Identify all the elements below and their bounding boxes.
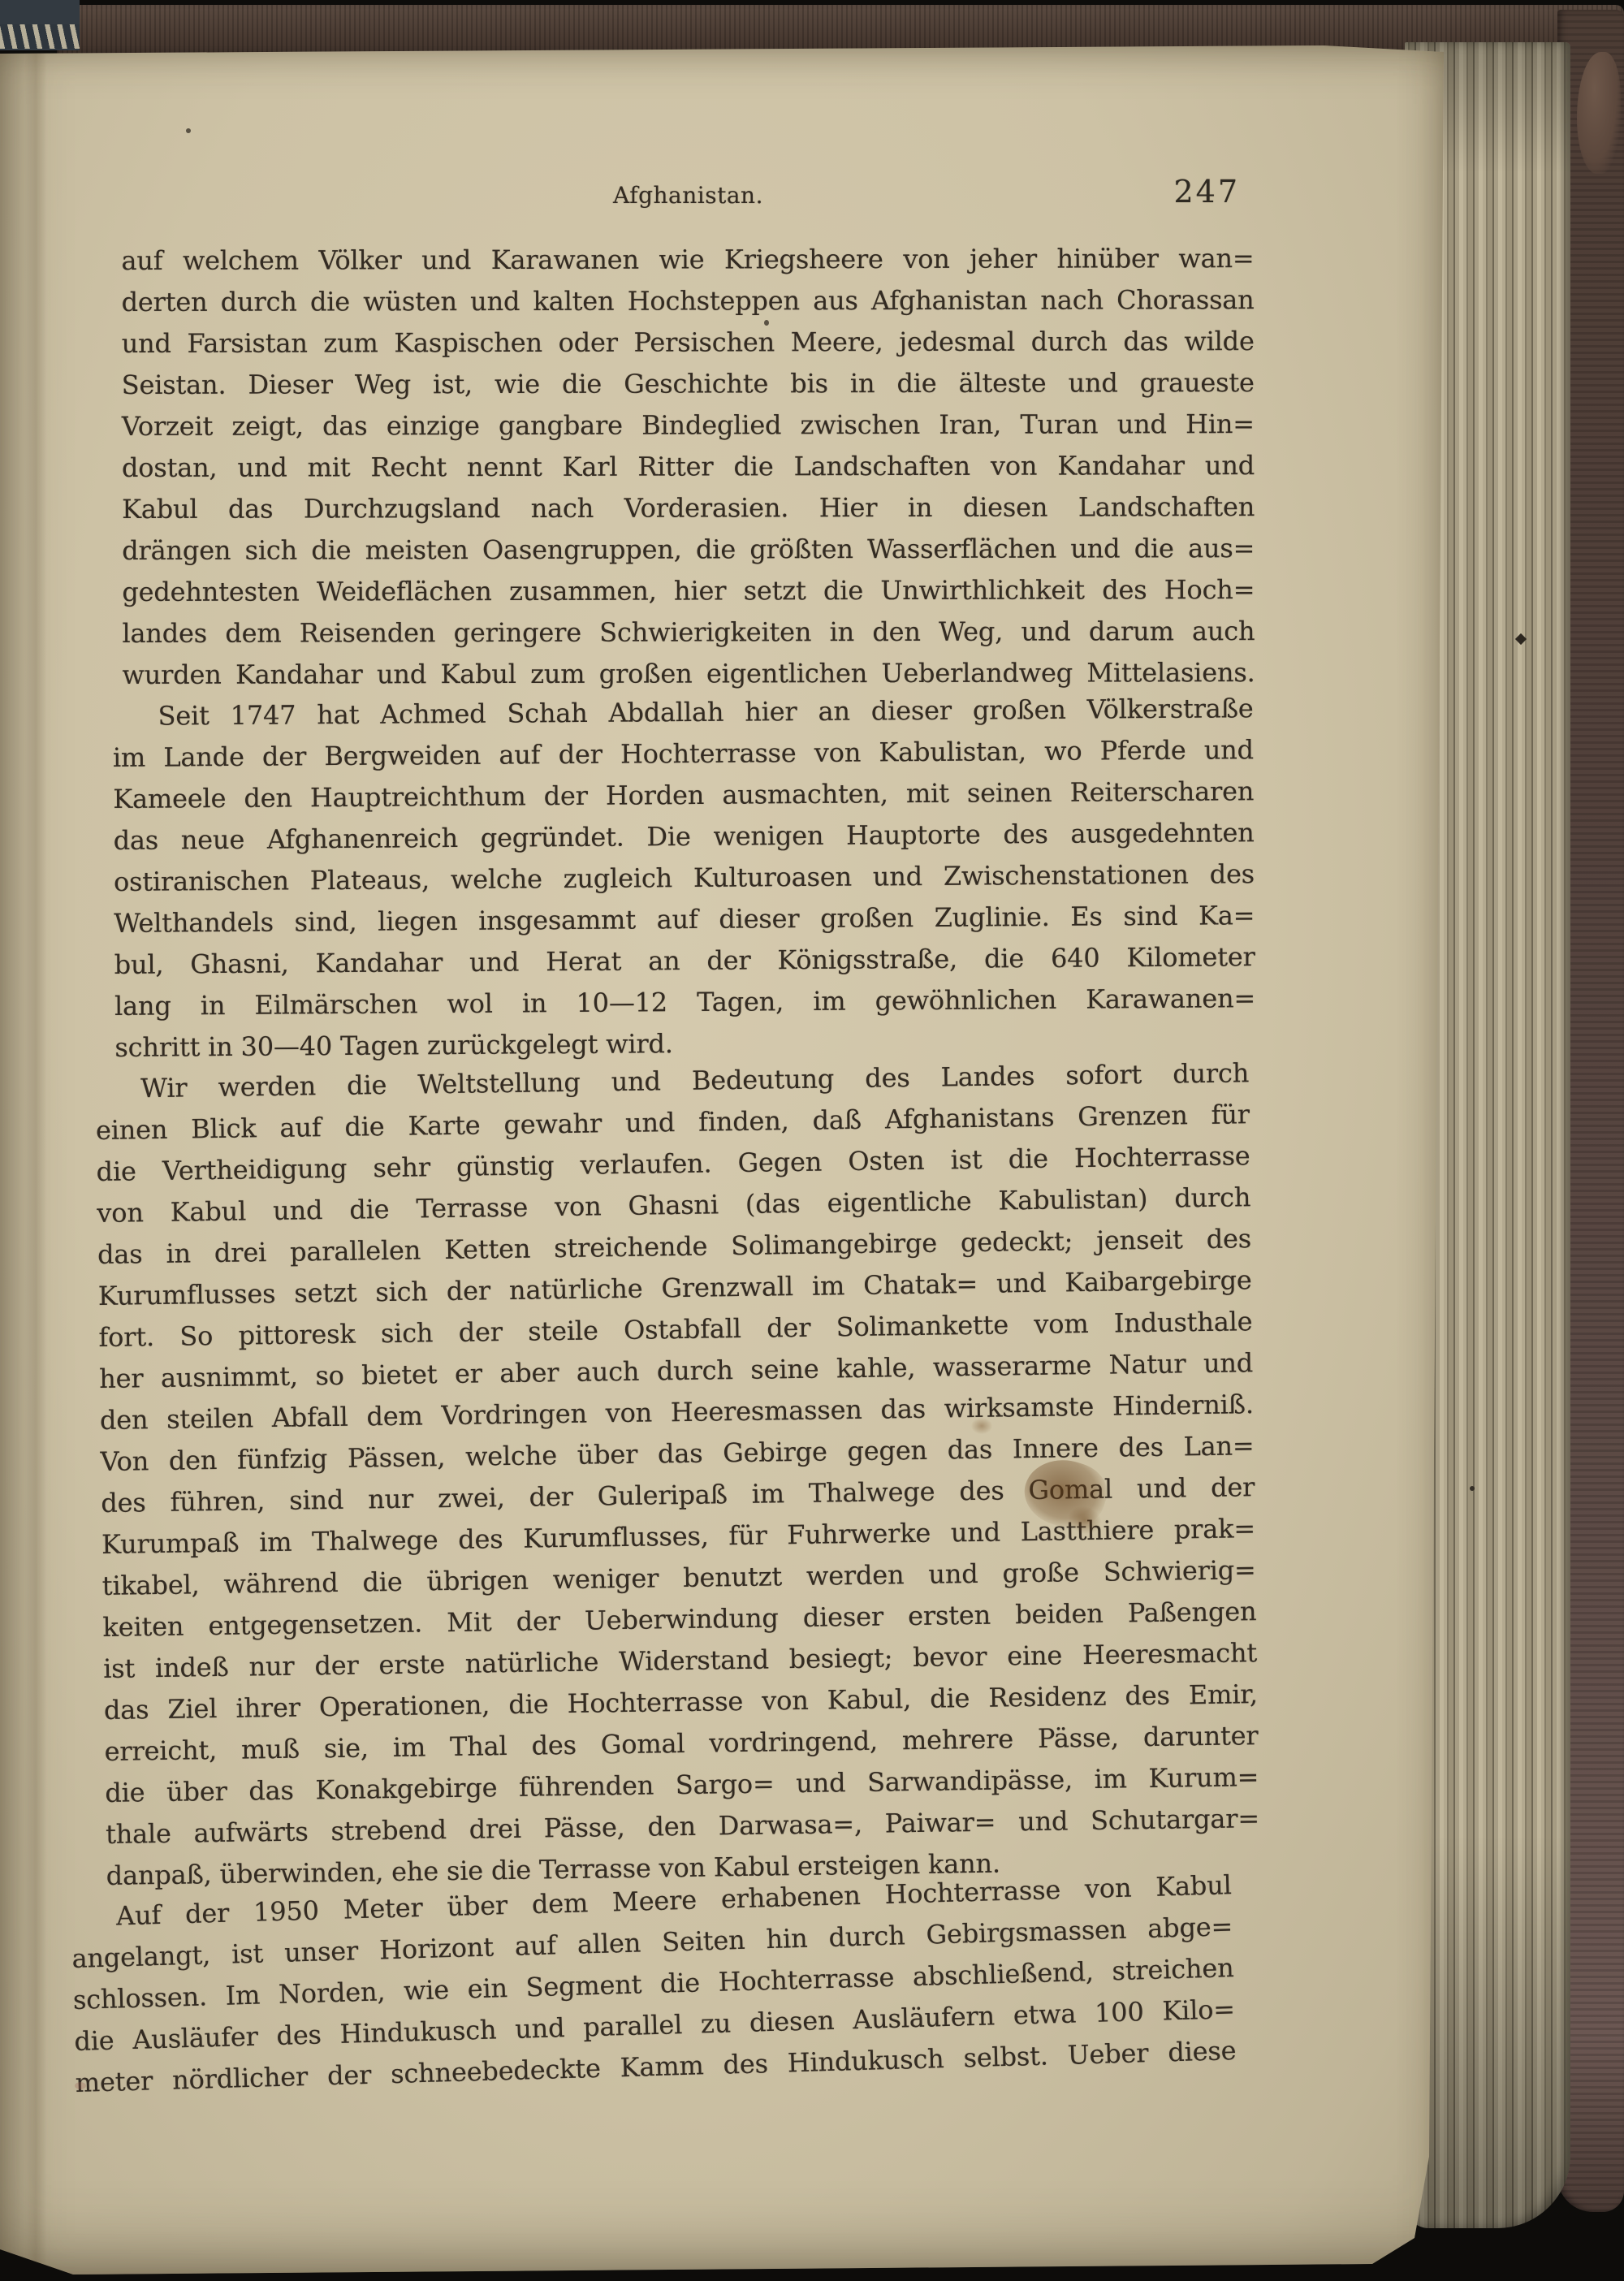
text-line: derten durch die wüsten und kalten Hochs…: [122, 279, 1255, 323]
text-block: auf welchem Völker und Karawanen wie Kri…: [122, 240, 1255, 2104]
text-line: Vorzeit zeigt, das einzige gangbare Bind…: [122, 404, 1255, 447]
page-header-row: Afghanistan. 247: [122, 174, 1255, 222]
ink-speck: [764, 320, 769, 326]
text-line: lang in Eilmärschen wol in 10—12 Tagen, …: [114, 978, 1255, 1027]
ink-speck: [75, 2082, 86, 2089]
text-line: dostan, und mit Recht nennt Karl Ritter …: [122, 445, 1255, 489]
text-line: und Farsistan zum Kaspischen oder Persis…: [122, 321, 1255, 365]
book-headband: [0, 0, 80, 50]
paragraph: Seit 1747 hat Achmed Schah Abdallah hier…: [112, 688, 1255, 1069]
book-scan: Afghanistan. 247 auf welchem Völker und …: [0, 0, 1624, 2281]
paragraph: auf welchem Völker und Karawanen wie Kri…: [121, 238, 1255, 696]
page-number: 247: [1173, 174, 1240, 210]
text-line: drängen sich die meisten Oasengruppen, d…: [122, 528, 1255, 572]
paragraph: Auf der 1950 Meter über dem Meere erhabe…: [70, 1864, 1237, 2104]
headband-stitching: [0, 24, 80, 49]
cover-wear-spot: [1577, 52, 1621, 174]
ink-speck: [186, 128, 191, 133]
book-page: Afghanistan. 247 auf welchem Völker und …: [0, 45, 1444, 2275]
text-line: Kabul das Durchzugsland nach Vorderasien…: [122, 486, 1255, 530]
text-line: Seistan. Dieser Weg ist, wie die Geschic…: [122, 362, 1255, 406]
running-header: Afghanistan.: [122, 182, 1255, 209]
text-line: gedehntesten Weideflächen zusammen, hier…: [122, 569, 1255, 613]
text-line: auf welchem Völker und Karawanen wie Kri…: [121, 238, 1254, 282]
ink-speck: [1470, 1486, 1475, 1491]
text-line: landes dem Reisenden geringere Schwierig…: [122, 611, 1255, 654]
ink-stain: [971, 1418, 992, 1434]
